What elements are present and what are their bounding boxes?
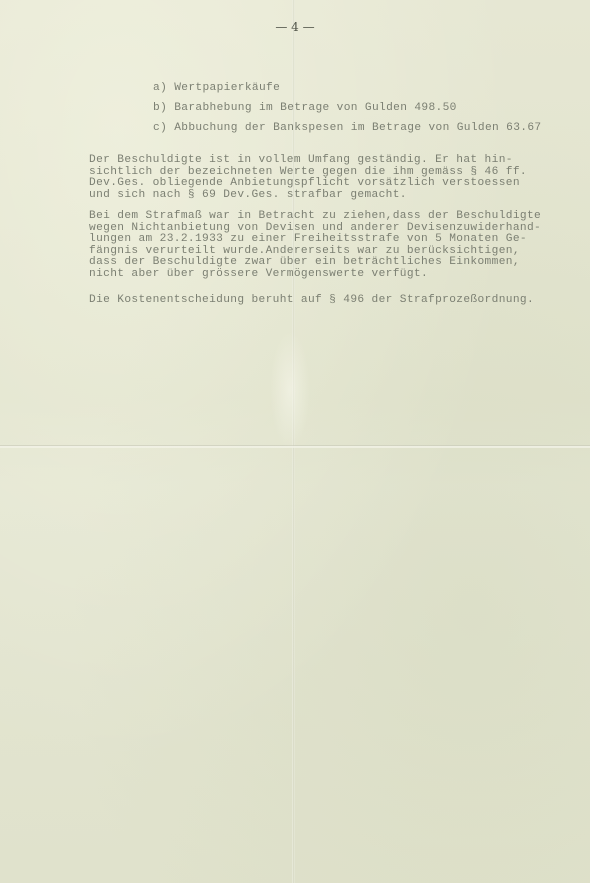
text-line: Dev.Ges. obliegende Anbietungspflicht vo…: [89, 178, 527, 190]
text-line: lungen am 23.2.1933 zu einer Freiheitsst…: [89, 234, 541, 246]
text-line: dass der Beschuldigte zwar über ein betr…: [89, 257, 541, 269]
list-item-a: a) Wertpapierkäufe: [153, 78, 542, 98]
paragraph-confession: Der Beschuldigte ist in vollem Umfang ge…: [89, 155, 527, 201]
paper-page: — 4 — a) Wertpapierkäufe b) Barabhebung …: [0, 0, 590, 883]
text-line: nicht aber über grössere Vermögenswerte …: [89, 269, 541, 281]
page-number: — 4 —: [0, 20, 590, 34]
paper-crease: [270, 330, 310, 450]
itemized-list: a) Wertpapierkäufe b) Barabhebung im Bet…: [153, 78, 542, 138]
text-line: Der Beschuldigte ist in vollem Umfang ge…: [89, 155, 527, 167]
text-line: und sich nach § 69 Dev.Ges. strafbar gem…: [89, 190, 527, 202]
list-item-b: b) Barabhebung im Betrage von Gulden 498…: [153, 98, 542, 118]
paragraph-sentencing: Bei dem Strafmaß war in Betracht zu zieh…: [89, 211, 541, 280]
paragraph-costs: Die Kostenentscheidung beruht auf § 496 …: [89, 295, 534, 307]
text-line: Die Kostenentscheidung beruht auf § 496 …: [89, 295, 534, 307]
list-item-c: c) Abbuchung der Bankspesen im Betrage v…: [153, 118, 542, 138]
text-line: Bei dem Strafmaß war in Betracht zu zieh…: [89, 211, 541, 223]
